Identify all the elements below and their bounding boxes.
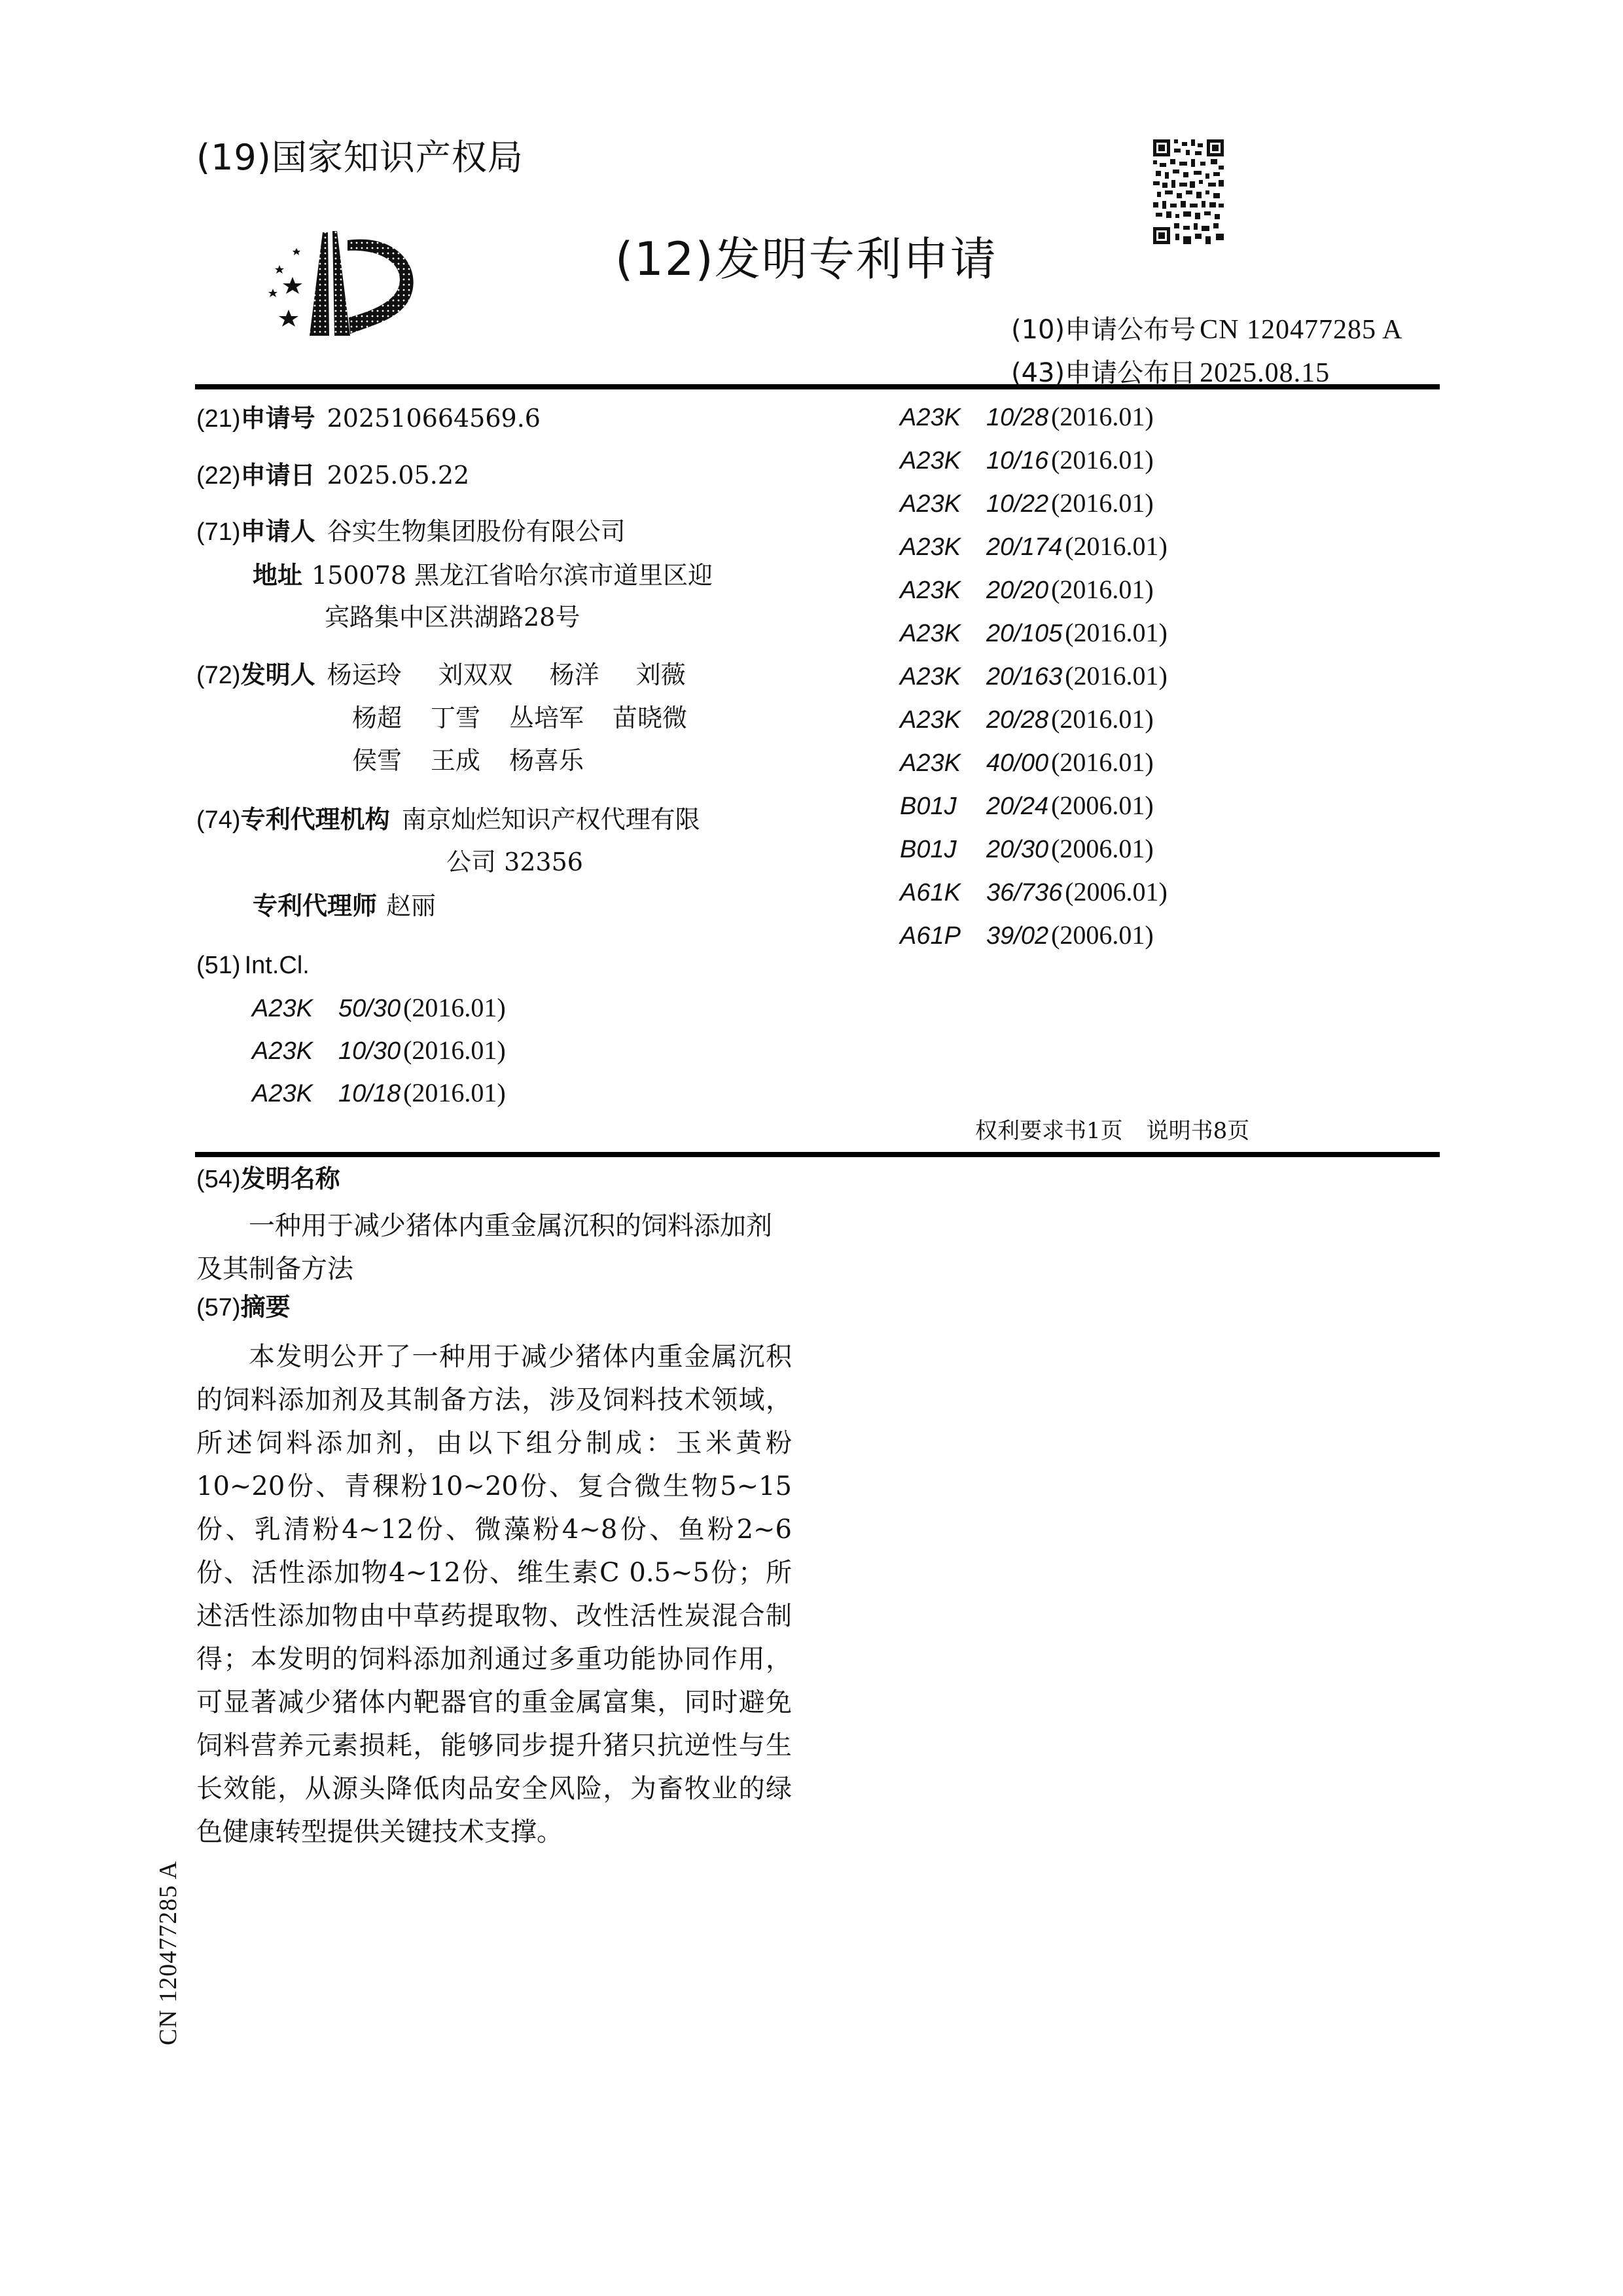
- abstract-heading: (57)摘要: [196, 1295, 291, 1320]
- int-cl-heading: (51)Int.Cl.: [196, 952, 310, 978]
- address-line-2: 宾路集中区洪湖路28号: [325, 603, 580, 632]
- inventor-name: 刘薇: [636, 660, 686, 689]
- class-code: A23K: [900, 664, 986, 689]
- class-version: (2006.01): [1065, 877, 1168, 906]
- inventor-name: 王成: [431, 746, 480, 775]
- claims-page-count: 权利要求书1页: [975, 1118, 1123, 1144]
- class-version: (2006.01): [1051, 834, 1154, 863]
- class-group: 40/00: [986, 749, 1048, 777]
- publication-number: (10)申请公布号CN 120477285 A: [1011, 309, 1402, 346]
- address-row: 地址150078 黑龙江省哈尔滨市道里区迎: [253, 563, 713, 588]
- class-version: (2016.01): [403, 1035, 506, 1065]
- agency-name-line-1: 南京灿烂知识产权代理有限: [402, 805, 700, 834]
- field-code: (51): [196, 952, 241, 979]
- field-label: 申请日: [241, 461, 315, 490]
- class-code: A23K: [900, 751, 986, 776]
- class-version: (2016.01): [1051, 575, 1154, 604]
- class-code: A23K: [900, 621, 986, 646]
- classification-item: A23K10/18(2016.01): [252, 1080, 506, 1106]
- class-code: A23K: [252, 996, 338, 1021]
- top-divider: [195, 384, 1440, 389]
- description-page-count: 说明书8页: [1147, 1118, 1250, 1144]
- classification-item: A61P39/02(2006.01): [900, 922, 1154, 948]
- inventor-name: 侯雪: [352, 746, 402, 775]
- classification-item: A23K20/174(2016.01): [900, 533, 1168, 560]
- agency-name-line-2: 公司 32356: [446, 848, 583, 876]
- field-code: (71): [196, 518, 241, 546]
- cnipa-logo-icon: [265, 219, 422, 344]
- class-version: (2016.01): [1065, 531, 1168, 561]
- pub-number-label: 申请公布号: [1065, 315, 1196, 345]
- office-code: (19): [196, 137, 272, 178]
- side-publication-number: CN 120477285 A: [154, 1861, 183, 2045]
- classification-item: A23K40/00(2016.01): [900, 749, 1154, 776]
- class-version: (2006.01): [1051, 920, 1154, 950]
- class-version: (2016.01): [1051, 488, 1154, 518]
- inventor-name: 杨超: [352, 704, 402, 732]
- class-group: 10/22: [986, 490, 1048, 518]
- class-code: A23K: [252, 1081, 338, 1106]
- applicant-row: (71)申请人谷实生物集团股份有限公司: [196, 519, 626, 545]
- page-counts: 权利要求书1页说明书8页: [975, 1113, 1249, 1145]
- class-code: A23K: [900, 405, 986, 430]
- invention-name-heading: (54)发明名称: [196, 1166, 340, 1192]
- class-version: (2006.01): [1051, 791, 1154, 820]
- inventors-row: (72)发明人杨运玲刘双双杨洋刘薇: [196, 662, 686, 688]
- classification-item: A23K50/30(2016.01): [252, 995, 506, 1021]
- class-code: A23K: [252, 1039, 338, 1064]
- classification-item: A23K10/22(2016.01): [900, 490, 1154, 516]
- class-version: (2016.01): [403, 993, 506, 1022]
- field-label: 申请人: [241, 517, 315, 546]
- qr-code-icon[interactable]: [1153, 139, 1224, 244]
- classification-item: A23K10/30(2016.01): [252, 1037, 506, 1064]
- class-group: 20/30: [986, 836, 1048, 863]
- field-code: (74): [196, 806, 241, 834]
- doc-type-code: (12): [615, 232, 715, 286]
- agent-name: 赵丽: [386, 891, 436, 920]
- class-code: A23K: [900, 535, 986, 560]
- class-code: A23K: [900, 492, 986, 516]
- class-group: 20/174: [986, 533, 1062, 561]
- inventor-name: 杨喜乐: [509, 746, 584, 775]
- office-name: 国家知识产权局: [272, 137, 524, 178]
- applicant-name: 谷实生物集团股份有限公司: [327, 517, 626, 546]
- class-group: 20/28: [986, 706, 1048, 734]
- class-group: 50/30: [338, 995, 401, 1022]
- address-row-2: 宾路集中区洪湖路28号: [325, 605, 580, 630]
- classification-item: A23K20/163(2016.01): [900, 663, 1168, 689]
- class-code: B01J: [900, 794, 986, 819]
- class-code: B01J: [900, 837, 986, 862]
- field-code: (21): [196, 405, 241, 433]
- class-group: 10/16: [986, 447, 1048, 475]
- field-label: 地址: [253, 561, 302, 590]
- classification-item: A23K20/20(2016.01): [900, 577, 1154, 603]
- document-type-title: (12)发明专利申请: [615, 223, 997, 289]
- field-code: (57): [196, 1294, 241, 1321]
- field-label: 摘要: [241, 1293, 291, 1321]
- inventor-name: 杨运玲: [327, 660, 402, 689]
- field-code: (22): [196, 462, 241, 490]
- agency-row: (74)专利代理机构南京灿烂知识产权代理有限: [196, 807, 700, 833]
- office-header: (19)国家知识产权局: [196, 130, 524, 180]
- agent-row: 专利代理师赵丽: [253, 893, 436, 918]
- class-group: 39/02: [986, 922, 1048, 950]
- application-date: 2025.05.22: [327, 461, 470, 490]
- field-code: (54): [196, 1166, 241, 1193]
- abstract-text: 本发明公开了一种用于减少猪体内重金属沉积的饲料添加剂及其制备方法，涉及饲料技术领…: [196, 1335, 792, 1854]
- class-group: 20/24: [986, 793, 1048, 820]
- field-label: 专利代理机构: [241, 805, 390, 834]
- class-group: 20/163: [986, 663, 1062, 691]
- class-group: 20/105: [986, 620, 1062, 647]
- inventors-row-2: 杨超丁雪丛培军苗晓微: [352, 706, 687, 730]
- class-group: 20/20: [986, 577, 1048, 604]
- application-number-row: (21)申请号202510664569.6: [196, 406, 541, 431]
- class-group: 10/30: [338, 1037, 401, 1065]
- classification-item: A23K20/28(2016.01): [900, 706, 1154, 732]
- field-label: 发明名称: [241, 1164, 340, 1193]
- middle-divider: [195, 1152, 1440, 1157]
- class-version: (2016.01): [1051, 445, 1154, 475]
- class-version: (2016.01): [403, 1078, 506, 1107]
- class-version: (2016.01): [1065, 618, 1168, 647]
- field-label: 申请号: [241, 404, 315, 433]
- field-code: (72): [196, 662, 241, 689]
- inventor-name: 丛培军: [509, 704, 584, 732]
- class-group: 36/736: [986, 879, 1062, 906]
- class-version: (2016.01): [1051, 402, 1154, 431]
- class-code: A23K: [900, 578, 986, 603]
- classification-item: A23K10/16(2016.01): [900, 447, 1154, 473]
- class-code: A61P: [900, 924, 986, 948]
- address-line-1: 150078 黑龙江省哈尔滨市道里区迎: [312, 561, 713, 590]
- field-label: 发明人: [241, 660, 315, 689]
- class-code: A23K: [900, 708, 986, 732]
- class-version: (2016.01): [1051, 704, 1154, 734]
- field-label: 专利代理师: [253, 891, 377, 920]
- classification-item: A23K10/28(2016.01): [900, 404, 1154, 430]
- pub-number-code: (10): [1011, 315, 1065, 345]
- classification-item: A23K20/105(2016.01): [900, 620, 1168, 646]
- inventor-name: 苗晓微: [613, 704, 687, 732]
- classification-item: A61K36/736(2006.01): [900, 879, 1168, 905]
- application-number: 202510664569.6: [327, 404, 541, 433]
- class-version: (2016.01): [1051, 747, 1154, 777]
- doc-type: 发明专利申请: [715, 232, 997, 286]
- inventors-row-3: 侯雪王成杨喜乐: [352, 748, 584, 773]
- agency-row-2: 公司 32356: [446, 850, 583, 874]
- class-group: 10/28: [986, 404, 1048, 431]
- inventor-name: 杨洋: [550, 660, 599, 689]
- class-code: A61K: [900, 880, 986, 905]
- application-date-row: (22)申请日2025.05.22: [196, 463, 469, 488]
- inventor-name: 丁雪: [431, 704, 480, 732]
- invention-name: 一种用于减少猪体内重金属沉积的饲料添加剂及其制备方法: [196, 1204, 792, 1291]
- class-version: (2016.01): [1065, 661, 1168, 691]
- classification-item: B01J20/30(2006.01): [900, 836, 1154, 862]
- class-code: A23K: [900, 448, 986, 473]
- class-group: 10/18: [338, 1080, 401, 1107]
- field-label: Int.Cl.: [245, 952, 310, 979]
- inventor-name: 刘双双: [438, 660, 513, 689]
- classification-item: B01J20/24(2006.01): [900, 793, 1154, 819]
- pub-number-value: CN 120477285 A: [1200, 315, 1402, 345]
